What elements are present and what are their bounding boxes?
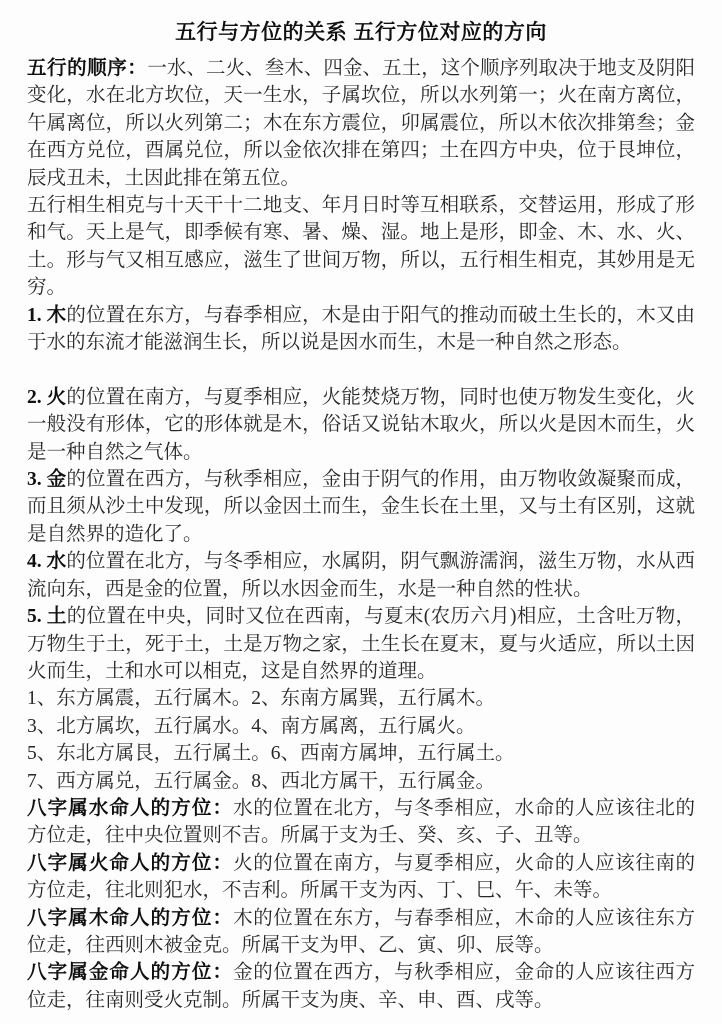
paragraph: 2. 火的位置在南方，与夏季相应，火能焚烧万物，同时也使万物发生变化，火一般没有…	[27, 384, 695, 466]
paragraph: 7、西方属兑，五行属金。8、西北方属干，五行属金。	[27, 768, 695, 795]
paragraph-text: 的位置在西方，与秋季相应，金由于阴气的作用，由万物收敛凝聚而成，而且须从沙土中发…	[27, 469, 695, 545]
paragraph-lead: 3. 金	[27, 469, 66, 490]
paragraph-lead: 八字属水命人的方位：	[27, 797, 233, 819]
paragraph: 八字属火命人的方位：火的位置在南方，与夏季相应，火命的人应该往南的方位走，往北则…	[27, 850, 695, 905]
paragraph: 5. 土的位置在中央，同时又位在西南，与夏末(农历六月)相应，土含吐万物，万物生…	[27, 603, 695, 685]
paragraph-text: 5、东北方属艮，五行属土。6、西南方属坤，五行属土。	[27, 743, 515, 764]
paragraph-lead: 八字属木命人的方位：	[27, 907, 233, 929]
paragraph: 1、东方属震，五行属木。2、东南方属巽，五行属木。	[27, 685, 695, 712]
paragraph: 八字属水命人的方位：水的位置在北方，与冬季相应，水命的人应该往北的方位走，往中央…	[27, 795, 695, 850]
paragraph-text: 7、西方属兑，五行属金。8、西北方属干，五行属金。	[27, 771, 495, 792]
paragraph-lead: 1. 木	[27, 305, 66, 326]
paragraph-text: 的位置在南方，与夏季相应，火能焚烧万物，同时也使万物发生变化，火一般没有形体，它…	[27, 387, 695, 463]
paragraph: 5、东北方属艮，五行属土。6、西南方属坤，五行属土。	[27, 740, 695, 767]
document-body: 五行的顺序：一水、二火、叁木、四金、五土，这个顺序列取决于地支及阴阳变化，水在北…	[27, 55, 695, 1014]
paragraph: 五行相生相克与十天干十二地支、年月日时等互相联系，交替运用，形成了形和气。天上是…	[27, 192, 695, 302]
paragraph: 1. 木的位置在东方，与春季相应，木是由于阳气的推动而破土生长的，木又由于水的东…	[27, 302, 695, 357]
document-page: 五行与方位的关系 五行方位对应的方向 五行的顺序：一水、二火、叁木、四金、五土，…	[0, 0, 722, 1024]
paragraph: 八字属金命人的方位：金的位置在西方，与秋季相应，金命的人应该往西方位走，往南则受…	[27, 959, 695, 1014]
paragraph-lead: 八字属金命人的方位：	[27, 961, 233, 983]
paragraph-text: 的位置在北方，与冬季相应，水属阴，阴气飘游濡润，滋生万物，水从西流向东，西是金的…	[27, 551, 695, 599]
paragraph-text: 的位置在中央，同时又位在西南，与夏末(农历六月)相应，土含吐万物，万物生于土，死…	[27, 606, 695, 682]
paragraph: 3. 金的位置在西方，与秋季相应，金由于阴气的作用，由万物收敛凝聚而成，而且须从…	[27, 466, 695, 548]
paragraph-lead: 五行的顺序：	[27, 57, 147, 79]
paragraph-lead: 2. 火	[27, 387, 66, 408]
paragraph-text: 的位置在东方，与春季相应，木是由于阳气的推动而破土生长的，木又由于水的东流才能滋…	[27, 305, 695, 353]
paragraph-text: 1、东方属震，五行属木。2、东南方属巽，五行属木。	[27, 688, 495, 709]
paragraph: 3、北方属坎，五行属水。4、南方属离，五行属火。	[27, 713, 695, 740]
paragraph: 五行的顺序：一水、二火、叁木、四金、五土，这个顺序列取决于地支及阴阳变化，水在北…	[27, 55, 695, 192]
paragraph-lead: 八字属火命人的方位：	[27, 852, 233, 874]
paragraph: 八字属木命人的方位：木的位置在东方，与春季相应，木命的人应该往东方位走，往西则木…	[27, 905, 695, 960]
paragraph: 4. 水的位置在北方，与冬季相应，水属阴，阴气飘游濡润，滋生万物，水从西流向东，…	[27, 548, 695, 603]
paragraph-lead: 5. 土	[27, 606, 67, 627]
paragraph-text: 五行相生相克与十天干十二地支、年月日时等互相联系，交替运用，形成了形和气。天上是…	[27, 195, 695, 298]
paragraph-text: 3、北方属坎，五行属水。4、南方属离，五行属火。	[27, 716, 476, 737]
paragraph-lead: 4. 水	[27, 551, 66, 572]
document-title: 五行与方位的关系 五行方位对应的方向	[27, 18, 695, 48]
